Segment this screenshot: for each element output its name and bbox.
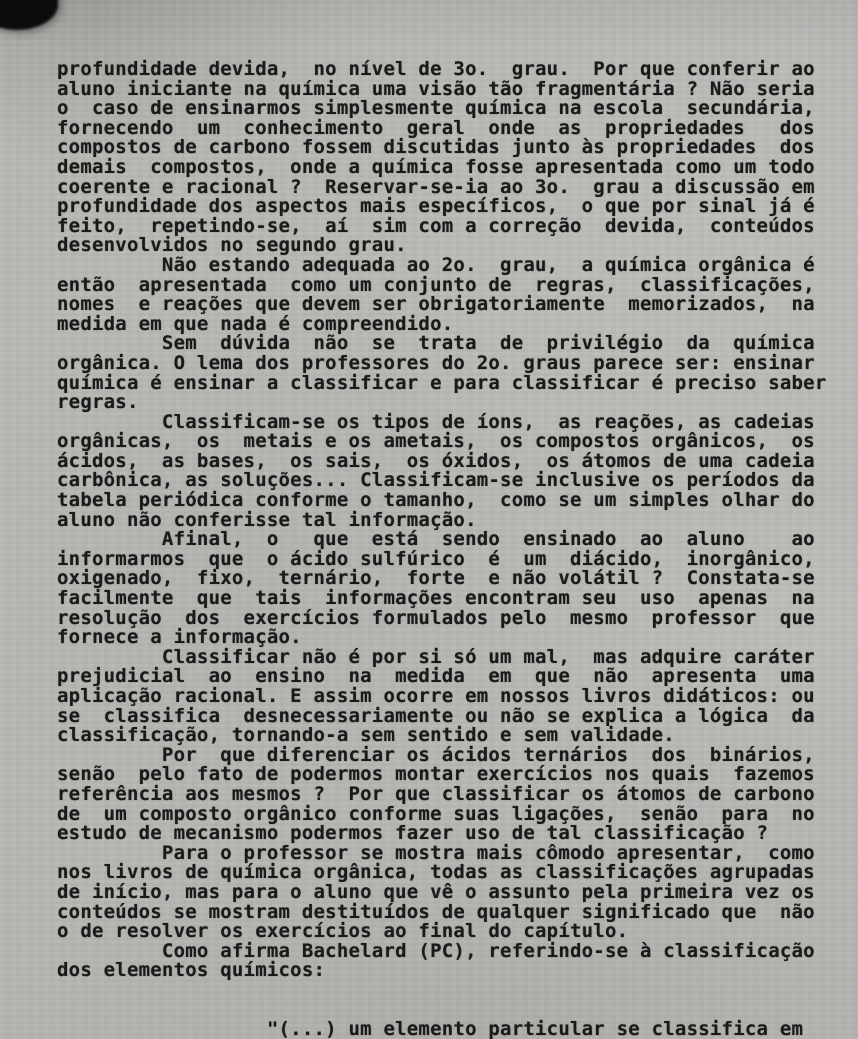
scan-corner-smudge xyxy=(0,0,58,30)
scanned-page: profundidade devida, no nível de 3o. gra… xyxy=(0,0,858,1039)
typewritten-text: profundidade devida, no nível de 3o. gra… xyxy=(57,60,827,1039)
